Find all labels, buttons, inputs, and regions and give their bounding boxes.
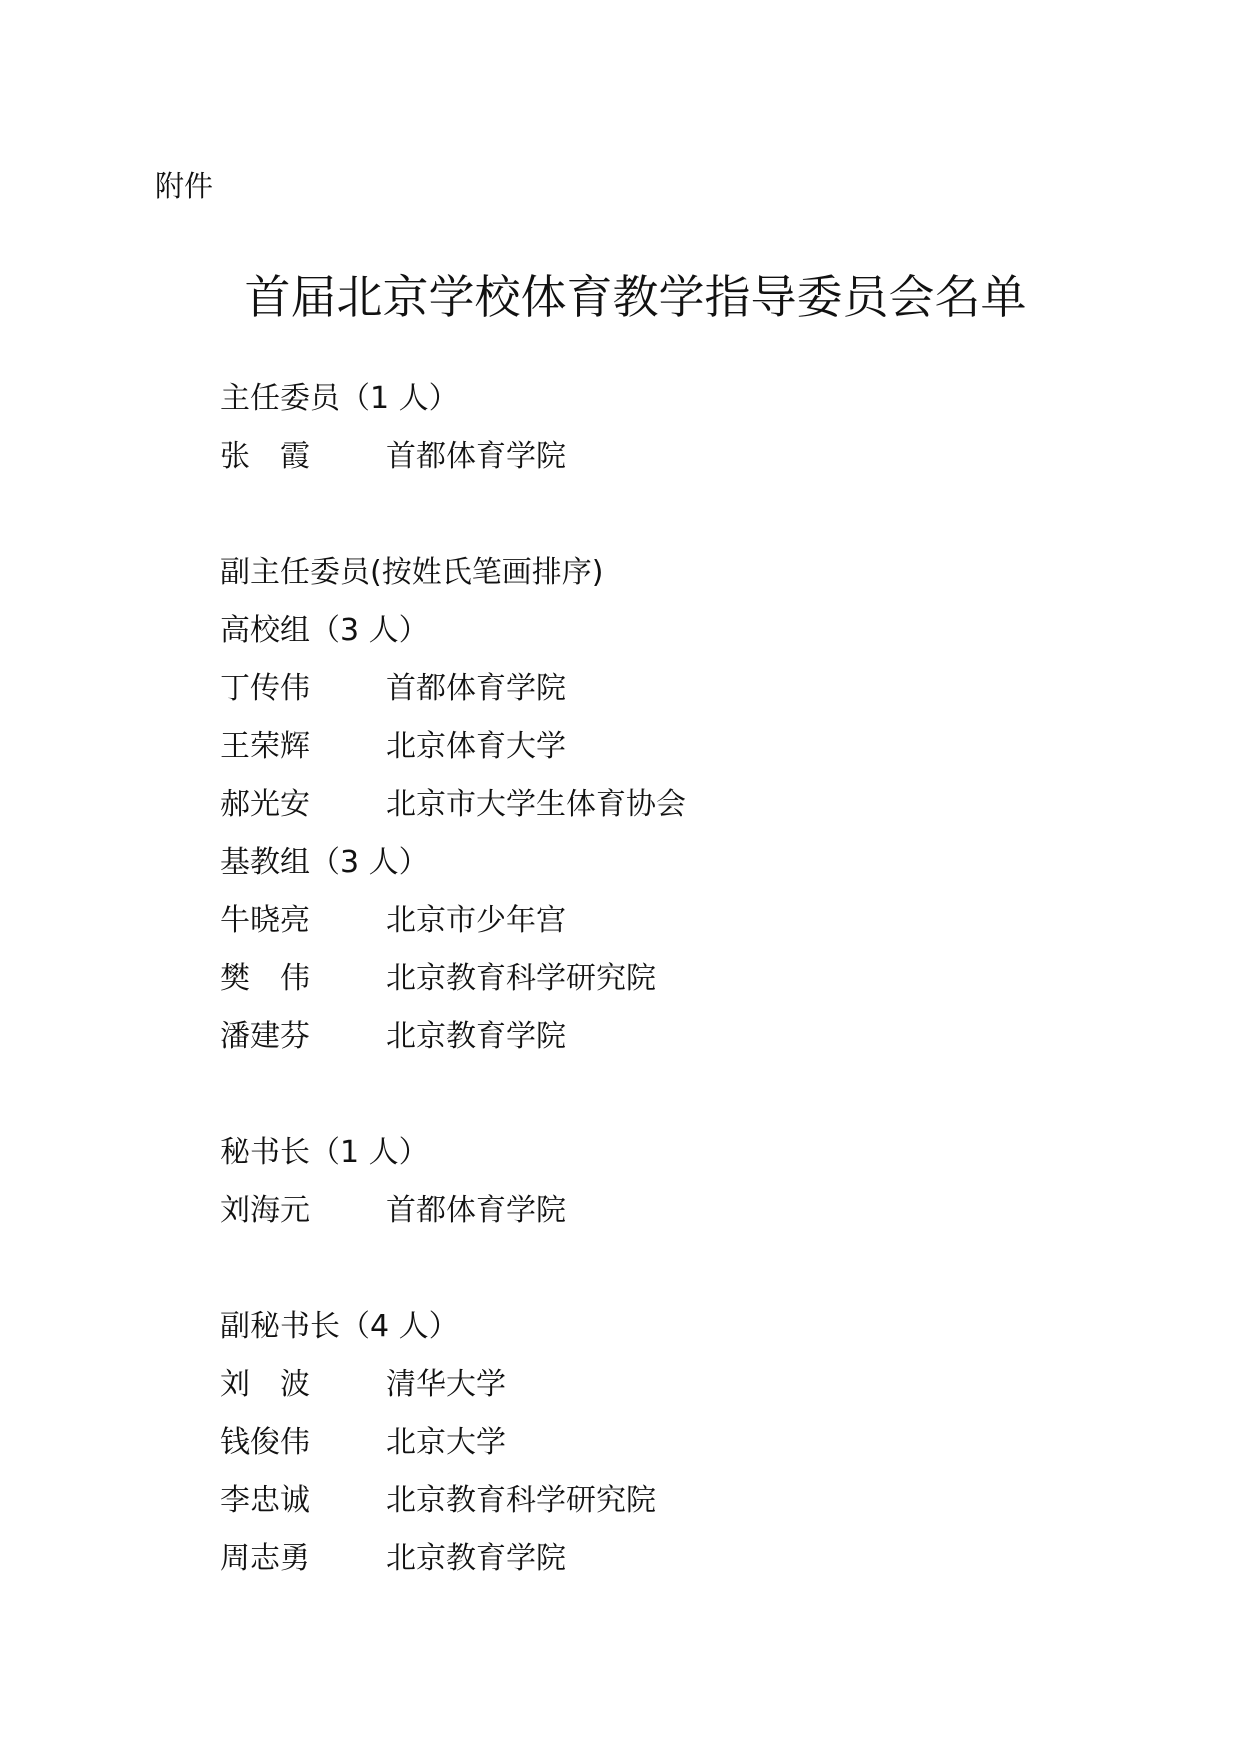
member-name: 李忠诚 [220, 1472, 386, 1530]
spacer [220, 1240, 686, 1298]
member-organization: 清华大学 [386, 1356, 506, 1414]
member-row: 丁传伟 首都体育学院 [220, 660, 686, 718]
member-name: 刘海元 [220, 1182, 386, 1240]
member-name: 周志勇 [220, 1530, 386, 1588]
member-organization: 首都体育学院 [386, 1182, 566, 1240]
member-organization: 北京体育大学 [386, 718, 566, 776]
member-organization: 北京教育学院 [386, 1008, 566, 1066]
member-row: 牛晓亮 北京市少年宫 [220, 892, 686, 950]
member-row: 周志勇 北京教育学院 [220, 1530, 686, 1588]
member-row: 刘海元 首都体育学院 [220, 1182, 686, 1240]
member-name: 郝光安 [220, 776, 386, 834]
member-organization: 首都体育学院 [386, 428, 566, 486]
vice-director-section: 副主任委员(按姓氏笔画排序) 高校组（3 人） 丁传伟 首都体育学院 王荣辉 北… [220, 544, 686, 1066]
member-row: 樊 伟 北京教育科学研究院 [220, 950, 686, 1008]
member-name: 樊 伟 [220, 950, 386, 1008]
spacer [220, 486, 686, 544]
member-name: 丁传伟 [220, 660, 386, 718]
section-heading: 主任委员（1 人） [220, 370, 686, 428]
section-heading: 秘书长（1 人） [220, 1124, 686, 1182]
member-name: 张 霞 [220, 428, 386, 486]
deputy-secretary-section: 副秘书长（4 人） 刘 波 清华大学 钱俊伟 北京大学 李忠诚 北京教育科学研究… [220, 1298, 686, 1588]
member-list: 主任委员（1 人） 张 霞 首都体育学院 副主任委员(按姓氏笔画排序) 高校组（… [220, 370, 686, 1588]
document-title: 首届北京学校体育教学指导委员会名单 [0, 268, 1241, 326]
attachment-label: 附件 [155, 168, 213, 204]
member-row: 郝光安 北京市大学生体育协会 [220, 776, 686, 834]
member-organization: 首都体育学院 [386, 660, 566, 718]
member-row: 王荣辉 北京体育大学 [220, 718, 686, 776]
director-section: 主任委员（1 人） 张 霞 首都体育学院 [220, 370, 686, 486]
group-heading: 高校组（3 人） [220, 602, 686, 660]
member-organization: 北京市大学生体育协会 [386, 776, 686, 834]
member-organization: 北京大学 [386, 1414, 506, 1472]
member-row: 李忠诚 北京教育科学研究院 [220, 1472, 686, 1530]
member-row: 刘 波 清华大学 [220, 1356, 686, 1414]
member-name: 钱俊伟 [220, 1414, 386, 1472]
group-heading: 基教组（3 人） [220, 834, 686, 892]
secretary-general-section: 秘书长（1 人） 刘海元 首都体育学院 [220, 1124, 686, 1240]
member-row: 潘建芬 北京教育学院 [220, 1008, 686, 1066]
member-row: 张 霞 首都体育学院 [220, 428, 686, 486]
member-name: 潘建芬 [220, 1008, 386, 1066]
spacer [220, 1066, 686, 1124]
section-heading: 副主任委员(按姓氏笔画排序) [220, 544, 686, 602]
member-name: 王荣辉 [220, 718, 386, 776]
member-row: 钱俊伟 北京大学 [220, 1414, 686, 1472]
member-organization: 北京教育科学研究院 [386, 1472, 656, 1530]
member-organization: 北京教育学院 [386, 1530, 566, 1588]
member-name: 刘 波 [220, 1356, 386, 1414]
member-organization: 北京教育科学研究院 [386, 950, 656, 1008]
member-organization: 北京市少年宫 [386, 892, 566, 950]
section-heading: 副秘书长（4 人） [220, 1298, 686, 1356]
member-name: 牛晓亮 [220, 892, 386, 950]
